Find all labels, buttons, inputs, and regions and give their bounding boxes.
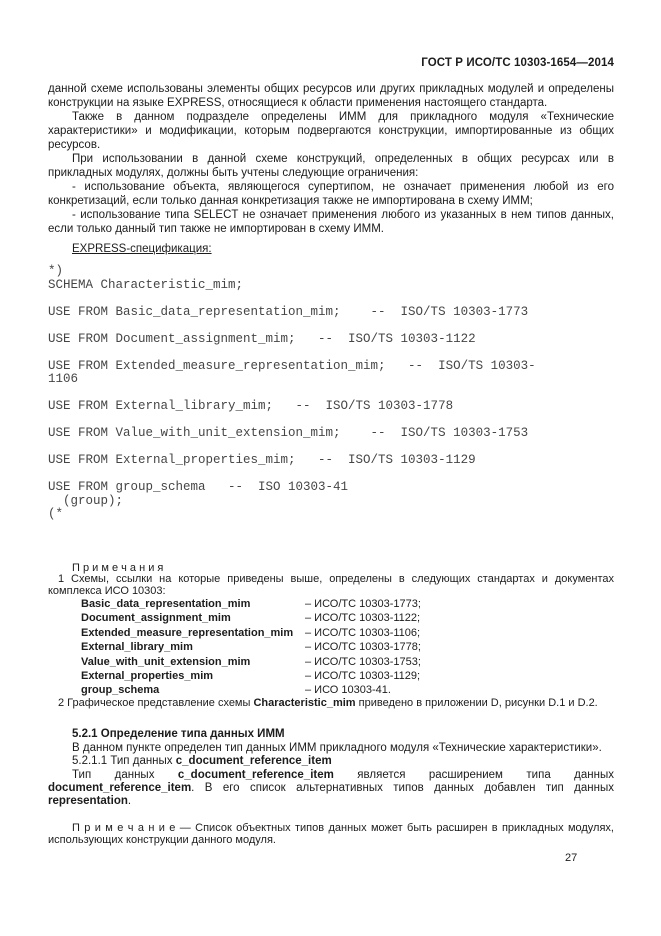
type-definition-paragraph: Тип данных c_document_reference_item явл… bbox=[48, 769, 614, 809]
schema-row: External_properties_mim – ИСО/ТС 10303-1… bbox=[48, 669, 614, 683]
schema-standard-ref: – ИСО/ТС 10303-1773; bbox=[305, 597, 421, 611]
schema-name: Value_with_unit_extension_mim bbox=[81, 655, 305, 669]
schema-standard-ref: – ИСО/ТС 10303-1129; bbox=[305, 669, 420, 683]
express-code-block: *) SCHEMA Characteristic_mim; USE FROM B… bbox=[48, 265, 614, 522]
schema-row: Extended_measure_representation_mim – ИС… bbox=[48, 626, 614, 640]
note-2-text: приведено в приложении D, рисунки D.1 и … bbox=[356, 697, 598, 709]
schema-standard-ref: – ИСО/ТС 10303-1106; bbox=[305, 626, 420, 640]
definition-text: является расширением типа данных bbox=[334, 769, 614, 781]
schema-row: External_library_mim – ИСО/ТС 10303-1778… bbox=[48, 640, 614, 654]
page-number: 27 bbox=[565, 852, 577, 864]
schema-standard-ref: – ИСО/ТС 10303-1122; bbox=[305, 611, 420, 625]
definition-text: Тип данных bbox=[72, 769, 178, 781]
schema-row: Document_assignment_mim – ИСО/ТС 10303-1… bbox=[48, 611, 614, 625]
footnote: П р и м е ч а н и е — Список объектных т… bbox=[48, 822, 614, 847]
datatype-name: c_document_reference_item bbox=[176, 755, 332, 767]
schema-standard-ref: – ИСО 10303-41. bbox=[305, 683, 391, 697]
subsection-heading: 5.2.1.1 Тип данных c_document_reference_… bbox=[48, 755, 614, 768]
schema-name-inline: Characteristic_mim bbox=[253, 697, 355, 709]
schema-name: Extended_measure_representation_mim bbox=[81, 626, 305, 640]
restriction-item: - использование объекта, являющегося суп… bbox=[48, 180, 614, 208]
section-heading: 5.2.1 Определение типа данных ИММ bbox=[48, 728, 614, 741]
schema-standard-ref: – ИСО/ТС 10303-1753; bbox=[305, 655, 421, 669]
notes-section: П р и м е ч а н и я 1 Схемы, ссылки на к… bbox=[48, 563, 614, 710]
intro-section: данной схеме использованы элементы общих… bbox=[48, 82, 614, 236]
subsection-heading-text: 5.2.1.1 Тип данных bbox=[72, 755, 176, 767]
footnote-label: П р и м е ч а н и е — bbox=[72, 822, 195, 834]
datatype-name: c_document_reference_item bbox=[178, 769, 334, 781]
paragraph-continuation: данной схеме использованы элементы общих… bbox=[48, 82, 614, 110]
section-5-2-1: 5.2.1 Определение типа данных ИММ В данн… bbox=[48, 728, 614, 808]
document-page: ГОСТ Р ИСО/ТС 10303-1654—2014 данной схе… bbox=[0, 0, 661, 936]
express-spec-label: EXPRESS-спецификация: bbox=[72, 243, 212, 255]
schema-name: group_schema bbox=[81, 683, 305, 697]
schema-row: Basic_data_representation_mim – ИСО/ТС 1… bbox=[48, 597, 614, 611]
schema-row: Value_with_unit_extension_mim – ИСО/ТС 1… bbox=[48, 655, 614, 669]
note-1: 1 Схемы, ссылки на которые приведены выш… bbox=[48, 574, 614, 597]
schema-name: External_properties_mim bbox=[81, 669, 305, 683]
standard-code: ГОСТ Р ИСО/ТС 10303-1654—2014 bbox=[421, 57, 614, 69]
datatype-name: representation bbox=[48, 795, 128, 807]
section-paragraph: В данном пункте определен тип данных ИММ… bbox=[48, 742, 614, 755]
note-2: 2 Графическое представление схемы Charac… bbox=[48, 698, 614, 710]
paragraph: При использовании в данной схеме констру… bbox=[48, 152, 614, 180]
schema-row: group_schema – ИСО 10303-41. bbox=[48, 683, 614, 697]
express-spec-heading: EXPRESS-спецификация: bbox=[72, 243, 614, 255]
schema-reference-list: Basic_data_representation_mim – ИСО/ТС 1… bbox=[48, 597, 614, 698]
doc-header: ГОСТ Р ИСО/ТС 10303-1654—2014 bbox=[48, 0, 614, 69]
schema-name: External_library_mim bbox=[81, 640, 305, 654]
datatype-name: document_reference_item bbox=[48, 782, 191, 794]
restriction-item: - использование типа SELECT не означает … bbox=[48, 208, 614, 236]
schema-name: Basic_data_representation_mim bbox=[81, 597, 305, 611]
paragraph: Также в данном подразделе определены ИММ… bbox=[48, 110, 614, 152]
schema-name: Document_assignment_mim bbox=[81, 611, 305, 625]
definition-text: . bbox=[128, 795, 131, 807]
note-2-text: 2 Графическое представление схемы bbox=[58, 697, 253, 709]
schema-standard-ref: – ИСО/ТС 10303-1778; bbox=[305, 640, 421, 654]
definition-text: . В его список альтернативных типов данн… bbox=[191, 782, 614, 794]
page-content: ГОСТ Р ИСО/ТС 10303-1654—2014 данной схе… bbox=[48, 0, 614, 847]
